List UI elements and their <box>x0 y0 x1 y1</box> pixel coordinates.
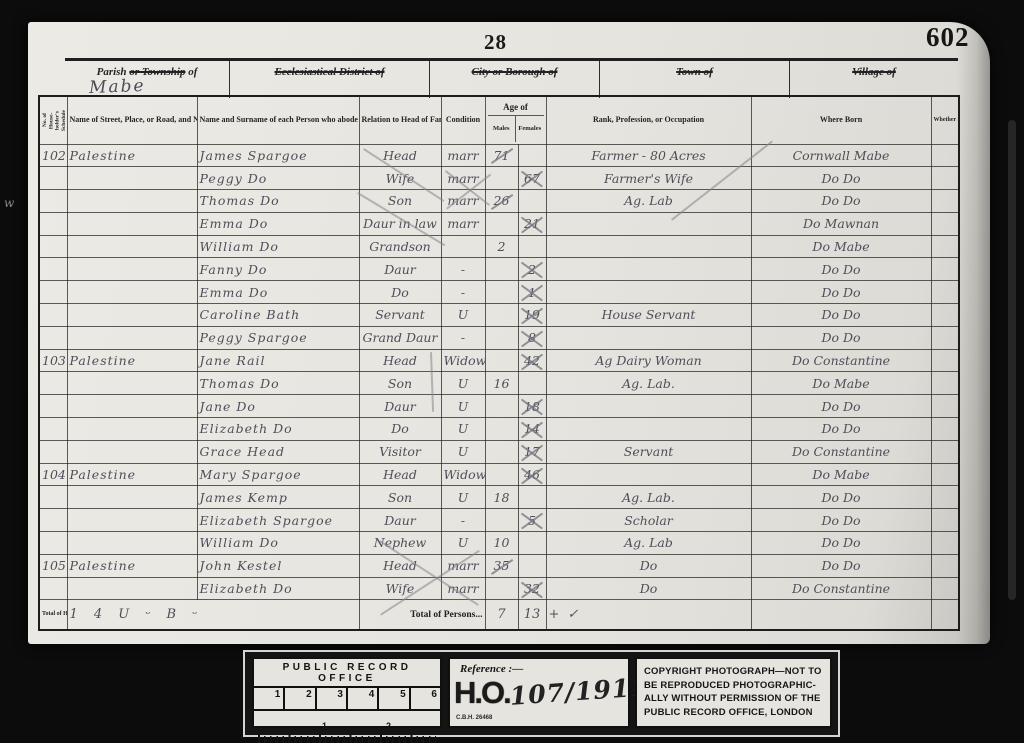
cell-age-female: 67 <box>518 167 546 190</box>
col-blind: Whether Blind, or Deaf-and- Dumb <box>931 96 959 144</box>
cell-name: Jane Rail <box>197 349 359 372</box>
cell-relation: Grandson <box>359 235 441 258</box>
total-houses-value: 1 4 U ᵕ B ᵕ <box>67 600 359 630</box>
cell-born: Do Do <box>751 190 931 213</box>
cell-name: Thomas Do <box>197 372 359 395</box>
cell-age-male <box>485 212 518 235</box>
cell-name: William Do <box>197 532 359 555</box>
cell-street <box>67 258 197 281</box>
cell-street <box>67 440 197 463</box>
cell-age-male <box>485 281 518 304</box>
field-town: Town of <box>600 61 790 98</box>
cell-age-male: 16 <box>485 372 518 395</box>
cell-schedule: 102 <box>39 144 67 167</box>
cell-name: John Kestel <box>197 554 359 577</box>
cell-age-male <box>485 577 518 600</box>
cell-born: Do Do <box>751 554 931 577</box>
cell-age-female: 1 <box>518 281 546 304</box>
cell-relation: Daur <box>359 395 441 418</box>
cell-schedule <box>39 395 67 418</box>
reference-code: C.B.H. 26468 <box>456 715 492 721</box>
field-city-borough: City or Borough of <box>430 61 600 98</box>
total-extra-mark: + ✓ <box>546 600 751 630</box>
table-row: Peggy DoWifemarr67Farmer's WifeDo Do <box>39 167 959 190</box>
cell-street <box>67 190 197 213</box>
cell-blind <box>931 554 959 577</box>
cell-occupation <box>546 326 751 349</box>
cell-born: Do Do <box>751 167 931 190</box>
cell-age-male: 18 <box>485 486 518 509</box>
cell-relation: Grand Daur <box>359 326 441 349</box>
cell-street <box>67 372 197 395</box>
census-table: No. of House- holder's Schedule Name of … <box>38 95 960 631</box>
cell-schedule <box>39 418 67 441</box>
table-row: Fanny DoDaur-2Do Do <box>39 258 959 281</box>
cm-ruler: 1 2 <box>254 711 440 743</box>
cell-condition: U <box>441 372 485 395</box>
margin-pencil-mark: w <box>4 196 14 210</box>
cell-age-male <box>485 440 518 463</box>
cell-born: Do Mabe <box>751 235 931 258</box>
cell-born: Do Do <box>751 509 931 532</box>
cell-name: James Kemp <box>197 486 359 509</box>
cell-blind <box>931 440 959 463</box>
inch-number: 2 <box>285 688 316 709</box>
copyright-line: PUBLIC RECORD OFFICE, LONDON <box>644 706 823 720</box>
cell-age-male: 26 <box>485 190 518 213</box>
cell-occupation: Ag. Lab. <box>546 486 751 509</box>
cell-age-female <box>518 486 546 509</box>
cell-relation: Servant <box>359 304 441 327</box>
inch-number: 4 <box>348 688 379 709</box>
cell-born: Do Constantine <box>751 349 931 372</box>
cell-occupation: Ag. Lab <box>546 532 751 555</box>
cell-born: Do Do <box>751 532 931 555</box>
field-ecclesiastical-label: Ecclesiastical District of <box>275 66 385 78</box>
cell-relation: Daur <box>359 509 441 532</box>
cell-schedule <box>39 509 67 532</box>
copyright-line: ALLY WITHOUT PERMISSION OF THE <box>644 692 823 706</box>
cell-occupation: Do <box>546 577 751 600</box>
cell-schedule <box>39 486 67 509</box>
totals-blind-empty <box>931 600 959 630</box>
cell-blind <box>931 144 959 167</box>
cell-occupation: Ag. Lab. <box>546 372 751 395</box>
cell-age-male: 2 <box>485 235 518 258</box>
cell-blind <box>931 509 959 532</box>
cell-name: Thomas Do <box>197 190 359 213</box>
cell-schedule <box>39 212 67 235</box>
cell-name: Caroline Bath <box>197 304 359 327</box>
cell-schedule <box>39 532 67 555</box>
cell-occupation: Ag. Lab <box>546 190 751 213</box>
cell-condition: U <box>441 440 485 463</box>
col-condition: Condition <box>441 96 485 144</box>
cell-condition: marr <box>441 577 485 600</box>
cell-schedule <box>39 190 67 213</box>
cell-age-female: 32 <box>518 577 546 600</box>
col-name: Name and Surname of each Person who abod… <box>197 96 359 144</box>
cell-age-male <box>485 509 518 532</box>
cell-street <box>67 326 197 349</box>
pro-stamp-strip: PUBLIC RECORD OFFICE 123456 1 2 Referenc… <box>243 650 840 737</box>
table-row: 103PalestineJane RailHeadWidow42Ag Dairy… <box>39 349 959 372</box>
column-header-row: No. of House- holder's Schedule Name of … <box>39 96 959 144</box>
cell-relation: Daur <box>359 258 441 281</box>
cell-occupation: Farmer's Wife <box>546 167 751 190</box>
cell-condition: U <box>441 304 485 327</box>
cell-blind <box>931 281 959 304</box>
cell-born: Do Mabe <box>751 372 931 395</box>
cell-age-male <box>485 463 518 486</box>
cell-name: Grace Head <box>197 440 359 463</box>
cell-condition: marr <box>441 167 485 190</box>
cell-blind <box>931 235 959 258</box>
cell-blind <box>931 190 959 213</box>
cell-age-female: 8 <box>518 326 546 349</box>
cell-occupation: Do <box>546 554 751 577</box>
cell-name: Emma Do <box>197 281 359 304</box>
cell-relation: Do <box>359 281 441 304</box>
cell-relation: Daur in law <box>359 212 441 235</box>
cell-age-female: 46 <box>518 463 546 486</box>
cell-age-female <box>518 144 546 167</box>
ruler-box: PUBLIC RECORD OFFICE 123456 1 2 <box>252 657 442 728</box>
cell-relation: Head <box>359 144 441 167</box>
cell-condition: - <box>441 326 485 349</box>
cell-born: Do Do <box>751 304 931 327</box>
field-parish: Parish or Township of Mabe <box>65 61 230 98</box>
cell-condition: marr <box>441 190 485 213</box>
cell-street <box>67 281 197 304</box>
census-page: 28 602 Parish or Township of Mabe Eccles… <box>28 22 990 644</box>
cell-occupation <box>546 281 751 304</box>
cell-street <box>67 418 197 441</box>
table-row: 104PalestineMary SpargoeHeadWidow46Do Ma… <box>39 463 959 486</box>
table-row: Caroline BathServantU19House ServantDo D… <box>39 304 959 327</box>
cell-age-male <box>485 258 518 281</box>
cell-relation: Head <box>359 554 441 577</box>
cell-age-male: 10 <box>485 532 518 555</box>
col-occupation: Rank, Profession, or Occupation <box>546 96 751 144</box>
cell-street <box>67 486 197 509</box>
cell-blind <box>931 418 959 441</box>
cell-age-female <box>518 372 546 395</box>
cell-name: James Spargoe <box>197 144 359 167</box>
cell-age-female: 14 <box>518 418 546 441</box>
cell-born: Do Do <box>751 258 931 281</box>
cell-condition: marr <box>441 144 485 167</box>
table-row: Jane DoDaurU18Do Do <box>39 395 959 418</box>
copyright-line: COPYRIGHT PHOTOGRAPH—NOT TO <box>644 665 823 679</box>
public-record-office-label: PUBLIC RECORD OFFICE <box>254 659 440 688</box>
reference-stamp: H.O.107/1911 <box>454 675 649 711</box>
cell-age-female <box>518 554 546 577</box>
table-row: 105PalestineJohn KestelHeadmarr35DoDo Do <box>39 554 959 577</box>
field-parish-post: of <box>185 66 197 78</box>
field-village-label: Village of <box>852 66 896 78</box>
copyright-box: COPYRIGHT PHOTOGRAPH—NOT TO BE REPRODUCE… <box>635 657 832 728</box>
cell-age-female <box>518 532 546 555</box>
cell-schedule <box>39 167 67 190</box>
cell-schedule <box>39 326 67 349</box>
cell-relation: Do <box>359 418 441 441</box>
cell-age-female <box>518 235 546 258</box>
cell-schedule <box>39 304 67 327</box>
cell-born: Do Do <box>751 418 931 441</box>
table-row: Grace HeadVisitorU17ServantDo Constantin… <box>39 440 959 463</box>
total-females: 13 <box>518 600 546 630</box>
cell-schedule <box>39 577 67 600</box>
field-ecclesiastical: Ecclesiastical District of <box>230 61 430 98</box>
cell-condition: U <box>441 486 485 509</box>
cell-age-female: 5 <box>518 509 546 532</box>
cell-blind <box>931 577 959 600</box>
reference-number: 107/1911 <box>509 672 650 711</box>
cell-age-male <box>485 167 518 190</box>
cell-condition: U <box>441 532 485 555</box>
cell-age-male: 71 <box>485 144 518 167</box>
cell-relation: Son <box>359 486 441 509</box>
reference-box: Reference :— H.O.107/1911 C.B.H. 26468 <box>448 657 630 728</box>
cell-name: Mary Spargoe <box>197 463 359 486</box>
cell-condition: - <box>441 509 485 532</box>
cell-name: Emma Do <box>197 212 359 235</box>
cell-street: Palestine <box>67 144 197 167</box>
reference-ho: H.O. <box>454 675 510 710</box>
cell-relation: Son <box>359 372 441 395</box>
table-row: Elizabeth DoWifemarr32DoDo Constantine <box>39 577 959 600</box>
table-row: Thomas DoSonU16Ag. Lab.Do Mabe <box>39 372 959 395</box>
cell-blind <box>931 167 959 190</box>
cell-condition <box>441 235 485 258</box>
cm-ticks-tall <box>258 730 436 743</box>
field-village: Village of <box>790 61 958 98</box>
cell-street <box>67 167 197 190</box>
inch-number: 1 <box>254 688 285 709</box>
cell-blind <box>931 326 959 349</box>
cell-age-female: 17 <box>518 440 546 463</box>
cell-relation: Son <box>359 190 441 213</box>
cell-schedule <box>39 372 67 395</box>
cell-schedule: 105 <box>39 554 67 577</box>
cell-blind <box>931 372 959 395</box>
cell-street <box>67 395 197 418</box>
cell-blind <box>931 349 959 372</box>
reference-label: Reference :— <box>450 659 628 675</box>
table-row: William DoNephewU10Ag. LabDo Do <box>39 532 959 555</box>
cell-name: William Do <box>197 235 359 258</box>
cell-age-female: 18 <box>518 395 546 418</box>
table-row: Elizabeth SpargoeDaur-5ScholarDo Do <box>39 509 959 532</box>
cell-born: Cornwall Mabe <box>751 144 931 167</box>
cell-occupation <box>546 258 751 281</box>
table-row: Emma DoDo-1Do Do <box>39 281 959 304</box>
page-crease <box>956 22 990 644</box>
cell-condition: - <box>441 258 485 281</box>
folio-number: 28 <box>484 30 507 55</box>
total-houses-label: Total of Houses <box>39 600 67 630</box>
header-band: Parish or Township of Mabe Ecclesiastica… <box>65 58 958 98</box>
cell-name: Peggy Spargoe <box>197 326 359 349</box>
cell-name: Elizabeth Do <box>197 418 359 441</box>
cell-born: Do Constantine <box>751 577 931 600</box>
table-row: Elizabeth DoDoU14Do Do <box>39 418 959 441</box>
total-persons-label: Total of Persons... <box>359 600 485 630</box>
cell-relation: Wife <box>359 577 441 600</box>
cell-occupation <box>546 235 751 258</box>
cell-occupation <box>546 463 751 486</box>
cell-age-male <box>485 326 518 349</box>
totals-born-empty <box>751 600 931 630</box>
inch-number: 5 <box>379 688 410 709</box>
cell-blind <box>931 258 959 281</box>
cell-age-female: 42 <box>518 349 546 372</box>
cell-occupation: Servant <box>546 440 751 463</box>
cell-age-female <box>518 190 546 213</box>
cell-age-male <box>485 395 518 418</box>
cell-relation: Head <box>359 463 441 486</box>
age-males-label: Males <box>488 116 517 142</box>
cell-condition: Widow <box>441 463 485 486</box>
cell-schedule: 104 <box>39 463 67 486</box>
table-row: William DoGrandson2Do Mabe <box>39 235 959 258</box>
field-city-borough-label: City or Borough of <box>472 66 558 78</box>
age-females-label: Females <box>516 116 544 142</box>
cell-blind <box>931 304 959 327</box>
cell-name: Elizabeth Do <box>197 577 359 600</box>
cell-schedule: 103 <box>39 349 67 372</box>
copyright-line: BE REPRODUCED PHOTOGRAPHIC- <box>644 679 823 693</box>
cell-condition: marr <box>441 554 485 577</box>
film-edge-streak <box>1008 120 1016 600</box>
cell-occupation: Scholar <box>546 509 751 532</box>
cell-born: Do Do <box>751 486 931 509</box>
cell-relation: Head <box>359 349 441 372</box>
table-row: 102PalestineJames SpargoeHeadmarr71Farme… <box>39 144 959 167</box>
cell-occupation: Ag Dairy Woman <box>546 349 751 372</box>
cell-born: Do Constantine <box>751 440 931 463</box>
cell-schedule <box>39 440 67 463</box>
cell-relation: Wife <box>359 167 441 190</box>
cell-name: Peggy Do <box>197 167 359 190</box>
cell-street <box>67 235 197 258</box>
census-table-body: 102PalestineJames SpargoeHeadmarr71Farme… <box>39 144 959 600</box>
col-schedule: No. of House- holder's Schedule <box>39 96 67 144</box>
cell-condition: U <box>441 395 485 418</box>
cell-street: Palestine <box>67 554 197 577</box>
cell-born: Do Do <box>751 395 931 418</box>
totals-row: Total of Houses 1 4 U ᵕ B ᵕ Total of Per… <box>39 600 959 630</box>
inch-number: 3 <box>317 688 348 709</box>
cell-street <box>67 509 197 532</box>
cell-schedule <box>39 235 67 258</box>
table-row: James KempSonU18Ag. Lab.Do Do <box>39 486 959 509</box>
field-town-label: Town of <box>676 66 713 78</box>
cell-age-male: 35 <box>485 554 518 577</box>
cell-name: Fanny Do <box>197 258 359 281</box>
col-relation: Relation to Head of Family <box>359 96 441 144</box>
cell-age-female: 21 <box>518 212 546 235</box>
col-age: Age of Males Females <box>485 96 546 144</box>
col-street: Name of Street, Place, or Road, and Name… <box>67 96 197 144</box>
cell-age-female: 19 <box>518 304 546 327</box>
cell-blind <box>931 463 959 486</box>
cell-relation: Visitor <box>359 440 441 463</box>
table-row: Peggy SpargoeGrand Daur-8Do Do <box>39 326 959 349</box>
cell-condition: Widow <box>441 349 485 372</box>
cell-street <box>67 212 197 235</box>
cell-schedule <box>39 258 67 281</box>
cell-blind <box>931 532 959 555</box>
cell-relation: Nephew <box>359 532 441 555</box>
cell-born: Do Do <box>751 326 931 349</box>
cell-blind <box>931 212 959 235</box>
cell-name: Elizabeth Spargoe <box>197 509 359 532</box>
cell-schedule <box>39 281 67 304</box>
cell-occupation <box>546 212 751 235</box>
cell-born: Do Mawnan <box>751 212 931 235</box>
cell-street <box>67 304 197 327</box>
cell-age-male <box>485 304 518 327</box>
cell-street <box>67 532 197 555</box>
page-stamp-number: 602 <box>926 22 970 53</box>
inch-number: 6 <box>411 688 440 709</box>
cell-street: Palestine <box>67 463 197 486</box>
cell-occupation <box>546 418 751 441</box>
inch-ruler: 123456 <box>254 688 440 711</box>
cell-blind <box>931 486 959 509</box>
cell-street <box>67 577 197 600</box>
cell-born: Do Do <box>751 281 931 304</box>
cell-condition: marr <box>441 212 485 235</box>
cell-age-male <box>485 418 518 441</box>
cell-occupation: House Servant <box>546 304 751 327</box>
table-row: Emma DoDaur in lawmarr21Do Mawnan <box>39 212 959 235</box>
cell-born: Do Mabe <box>751 463 931 486</box>
cell-name: Jane Do <box>197 395 359 418</box>
cell-occupation: Farmer - 80 Acres <box>546 144 751 167</box>
cell-age-female: 2 <box>518 258 546 281</box>
table-row: Thomas DoSonmarr26Ag. LabDo Do <box>39 190 959 213</box>
cell-condition: - <box>441 281 485 304</box>
cell-occupation <box>546 395 751 418</box>
age-of-label: Age of <box>488 99 544 116</box>
cell-blind <box>931 395 959 418</box>
cell-condition: U <box>441 418 485 441</box>
cell-age-male <box>485 349 518 372</box>
col-born: Where Born <box>751 96 931 144</box>
total-males: 7 <box>485 600 518 630</box>
cell-street: Palestine <box>67 349 197 372</box>
